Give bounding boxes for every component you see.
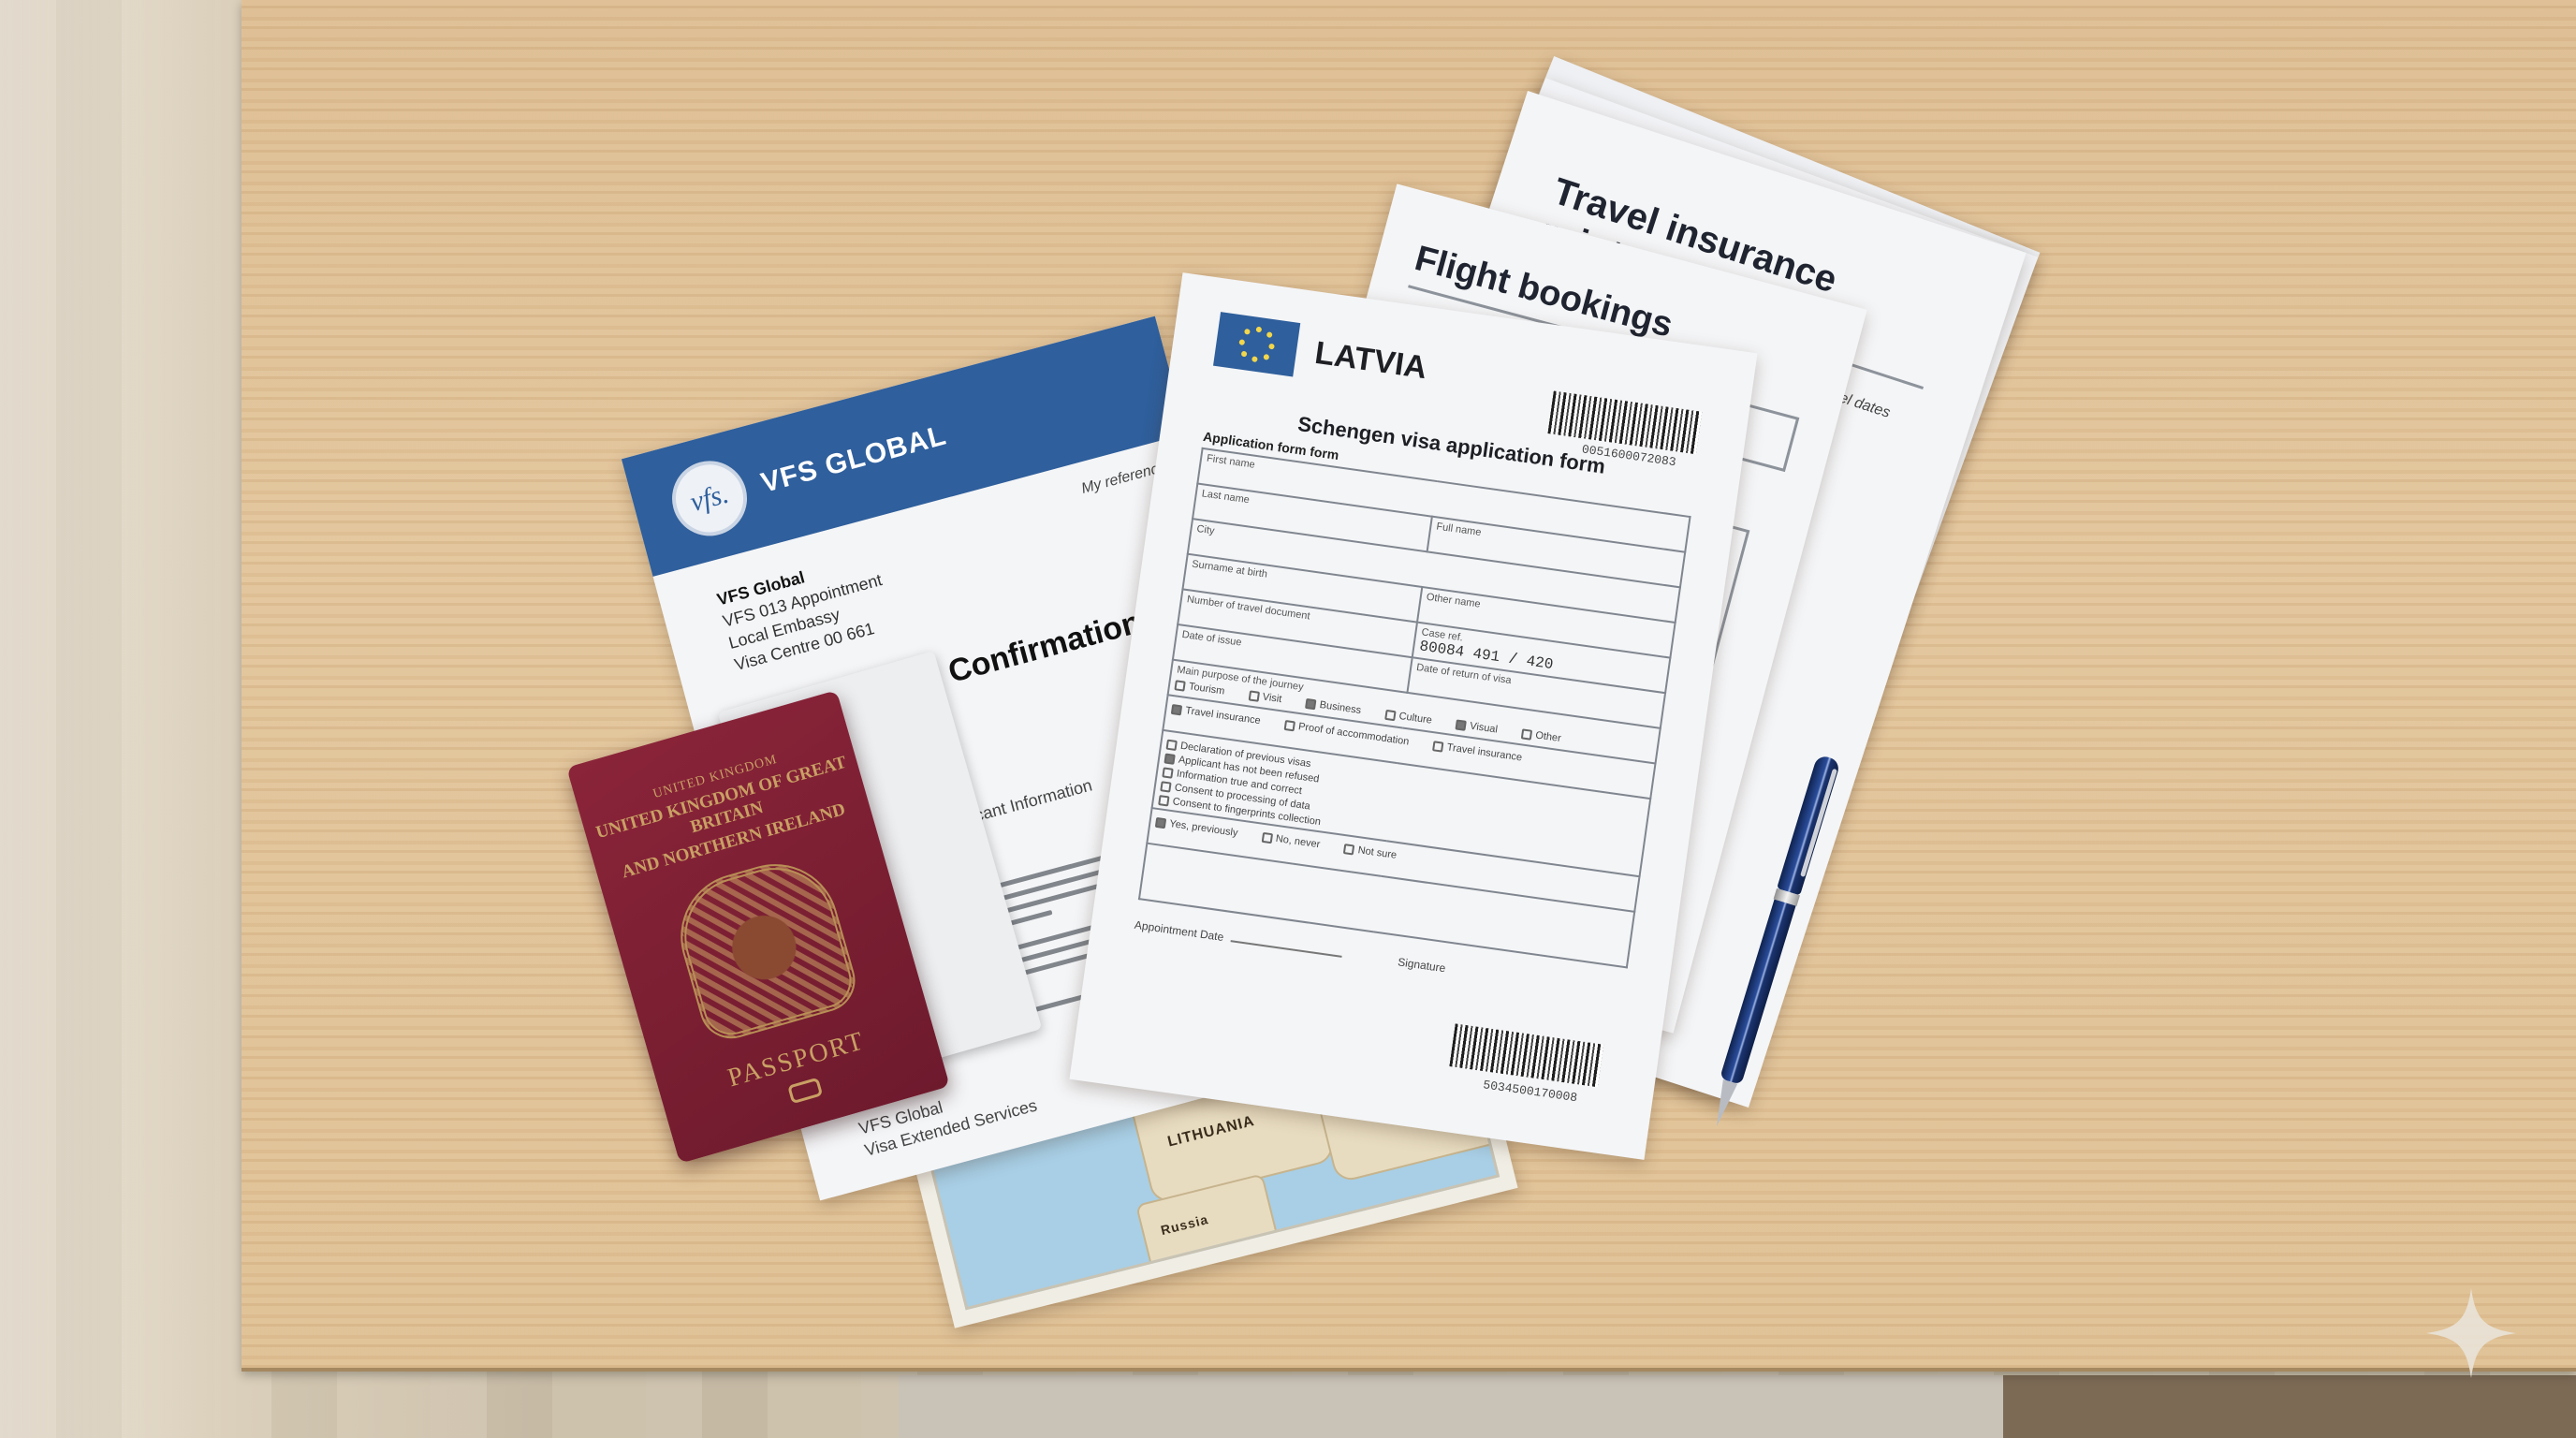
royal-crest-icon bbox=[666, 849, 862, 1046]
checked-box-icon[interactable] bbox=[1305, 697, 1316, 709]
vfs-brand: VFS GLOBAL bbox=[758, 419, 950, 499]
sparkle-icon bbox=[2426, 1288, 2516, 1378]
option-label: Travel insurance bbox=[1185, 705, 1262, 726]
checkbox-icon[interactable] bbox=[1521, 728, 1532, 740]
form-checkbox-option[interactable]: Travel insurance bbox=[1171, 703, 1262, 726]
option-label: Travel insurance bbox=[1446, 741, 1523, 763]
option-label: No, never bbox=[1275, 833, 1321, 851]
eu-flag-icon bbox=[1213, 312, 1300, 376]
checkbox-icon[interactable] bbox=[1158, 795, 1169, 806]
form-checkbox-option[interactable]: Yes, previously bbox=[1155, 816, 1238, 839]
schengen-visa-form: LATVIA 0051600072083 Schengen visa appli… bbox=[1069, 272, 1757, 1160]
checkbox-icon[interactable] bbox=[1166, 739, 1178, 750]
barcode bbox=[1449, 1023, 1603, 1087]
checkbox-icon[interactable] bbox=[1284, 719, 1295, 730]
form-checkbox-option[interactable]: Culture bbox=[1384, 709, 1433, 726]
form-checkbox-option[interactable]: No, never bbox=[1261, 831, 1321, 851]
date-label: Appointment Date bbox=[1134, 918, 1224, 944]
checkbox-icon[interactable] bbox=[1248, 690, 1259, 701]
option-label: Tourism bbox=[1188, 681, 1225, 697]
checkbox-icon[interactable] bbox=[1343, 844, 1354, 855]
option-label: Not sure bbox=[1357, 844, 1398, 861]
form-checkbox-option[interactable]: Other bbox=[1521, 727, 1562, 744]
checkbox-icon[interactable] bbox=[1261, 831, 1272, 843]
option-label: Culture bbox=[1398, 711, 1433, 726]
option-label: Visit bbox=[1262, 691, 1282, 705]
form-fields: First name Last nameFull name City Surna… bbox=[1138, 448, 1691, 969]
biometric-chip-icon bbox=[787, 1078, 823, 1105]
checkbox-icon[interactable] bbox=[1432, 741, 1443, 752]
option-label: Other bbox=[1535, 729, 1562, 744]
form-checkbox-option[interactable]: Visual bbox=[1456, 718, 1499, 735]
signature-field[interactable]: Signature bbox=[1397, 955, 1446, 975]
checkbox-icon[interactable] bbox=[1160, 781, 1171, 792]
floor-shadow bbox=[2003, 1375, 2576, 1438]
form-country: LATVIA bbox=[1312, 334, 1429, 386]
option-label: Visual bbox=[1470, 721, 1499, 736]
option-label: Business bbox=[1319, 699, 1362, 716]
vfs-logo: vfs. bbox=[664, 452, 755, 544]
desk-leg-shadow bbox=[899, 1375, 2003, 1438]
option-label: Yes, previously bbox=[1169, 818, 1239, 839]
checked-box-icon[interactable] bbox=[1155, 816, 1166, 828]
checked-box-icon[interactable] bbox=[1164, 753, 1175, 764]
checked-box-icon[interactable] bbox=[1456, 719, 1467, 730]
form-checkbox-option[interactable]: Travel insurance bbox=[1432, 740, 1523, 763]
form-checkbox-option[interactable]: Not sure bbox=[1343, 843, 1398, 861]
window-light bbox=[0, 0, 243, 1438]
form-checkbox-option[interactable]: Visit bbox=[1248, 689, 1282, 705]
form-checkbox-option[interactable]: Tourism bbox=[1174, 679, 1225, 697]
checkbox-icon[interactable] bbox=[1174, 680, 1185, 691]
checkbox-icon[interactable] bbox=[1384, 709, 1396, 720]
checked-box-icon[interactable] bbox=[1171, 704, 1182, 715]
checkbox-icon[interactable] bbox=[1162, 767, 1173, 778]
appointment-date-field[interactable]: Appointment Date bbox=[1134, 918, 1343, 961]
